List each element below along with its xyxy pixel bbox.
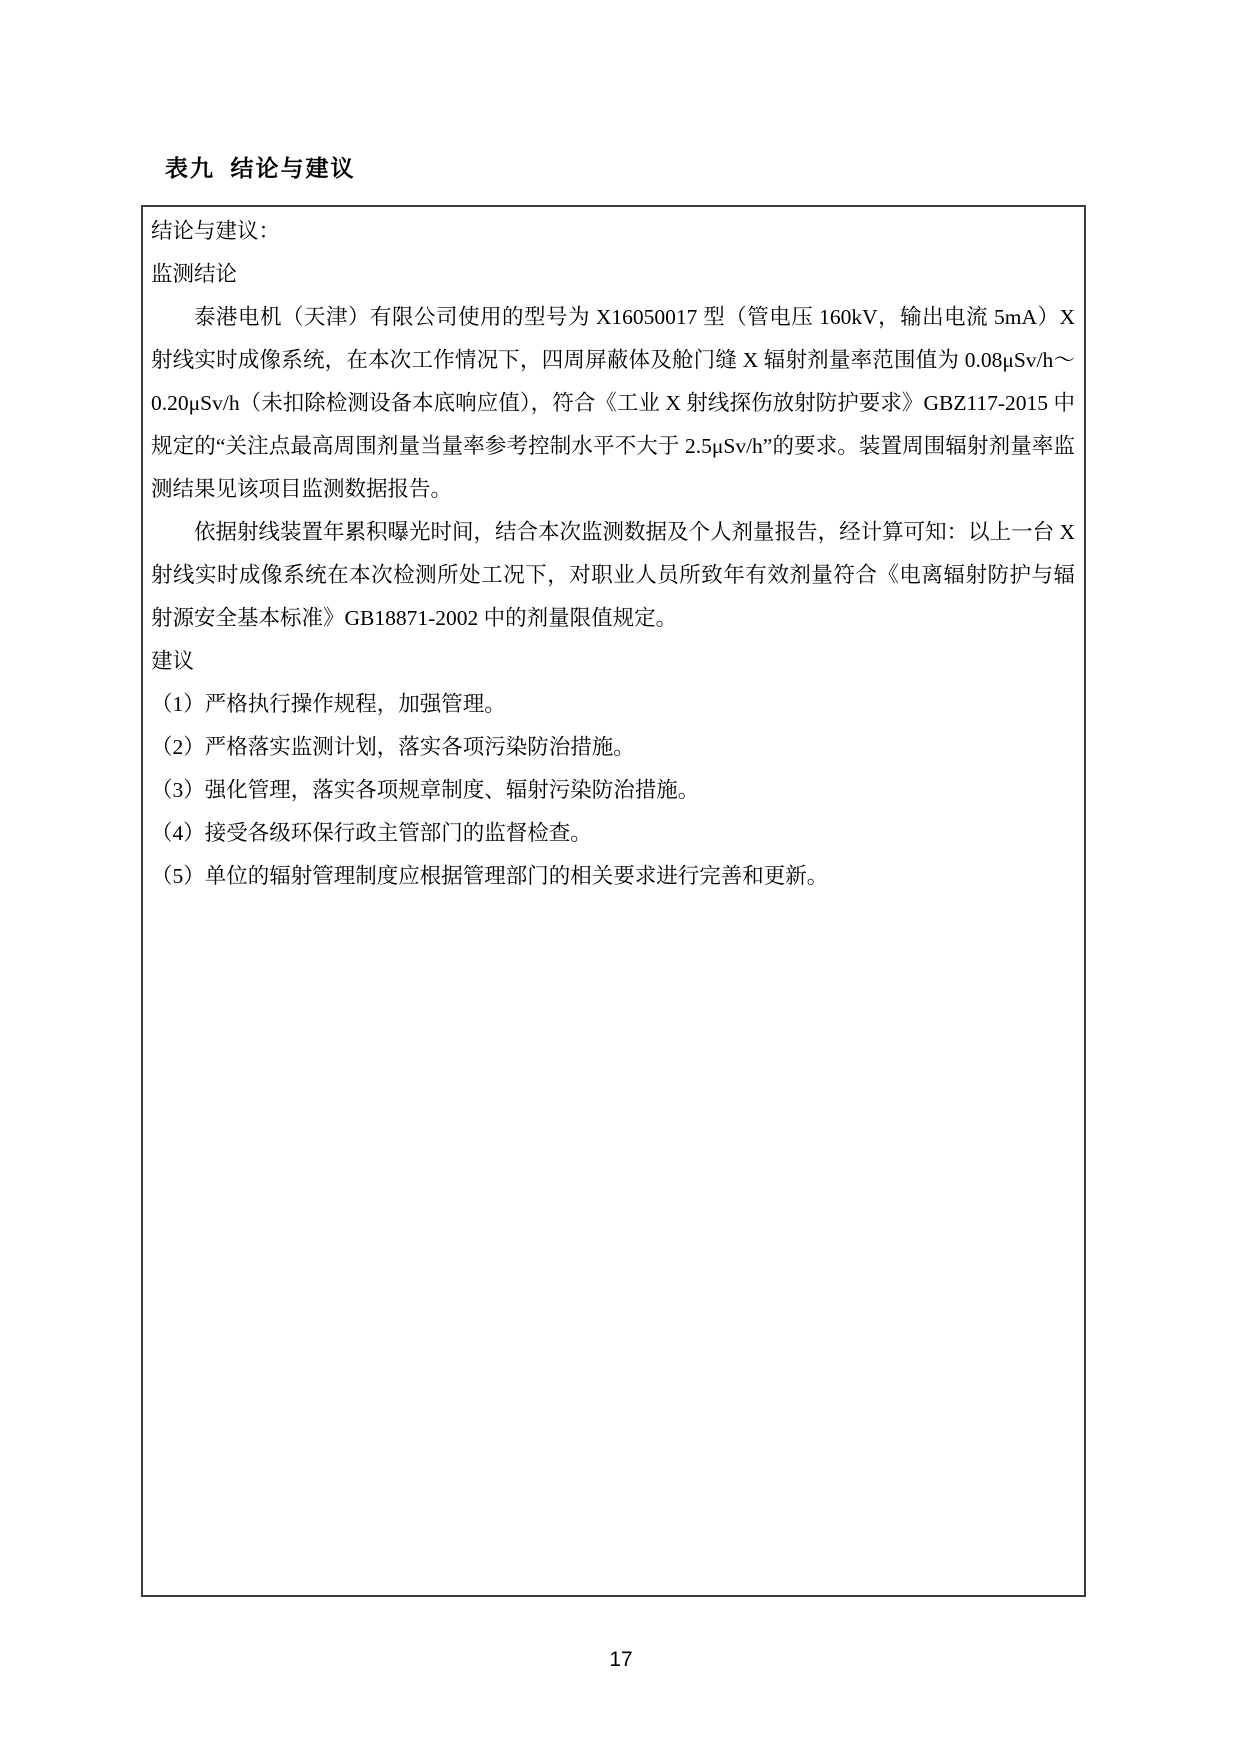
conclusion-box-label: 结论与建议： xyxy=(151,210,1075,253)
table-title: 表九 结论与建议 xyxy=(165,150,356,183)
conclusion-box: 结论与建议： 监测结论 泰港电机（天津）有限公司使用的型号为 X16050017… xyxy=(141,205,1086,1597)
suggestion-item-2: （2）严格落实监测计划，落实各项污染防治措施。 xyxy=(151,726,1075,769)
page-number: 17 xyxy=(0,1648,1242,1672)
document-page: 表九 结论与建议 结论与建议： 监测结论 泰港电机（天津）有限公司使用的型号为 … xyxy=(0,0,1242,1755)
suggestions-heading: 建议 xyxy=(151,640,1075,683)
conclusion-paragraph-1: 泰港电机（天津）有限公司使用的型号为 X16050017 型（管电压 160kV… xyxy=(151,296,1075,511)
suggestion-item-4: （4）接受各级环保行政主管部门的监督检查。 xyxy=(151,812,1075,855)
suggestion-item-3: （3）强化管理，落实各项规章制度、辐射污染防治措施。 xyxy=(151,769,1075,812)
conclusion-paragraph-2: 依据射线装置年累积曝光时间，结合本次监测数据及个人剂量报告，经计算可知：以上一台… xyxy=(151,511,1075,640)
suggestion-item-5: （5）单位的辐射管理制度应根据管理部门的相关要求进行完善和更新。 xyxy=(151,855,1075,898)
suggestion-item-1: （1）严格执行操作规程，加强管理。 xyxy=(151,683,1075,726)
monitoring-conclusion-heading: 监测结论 xyxy=(151,253,1075,296)
